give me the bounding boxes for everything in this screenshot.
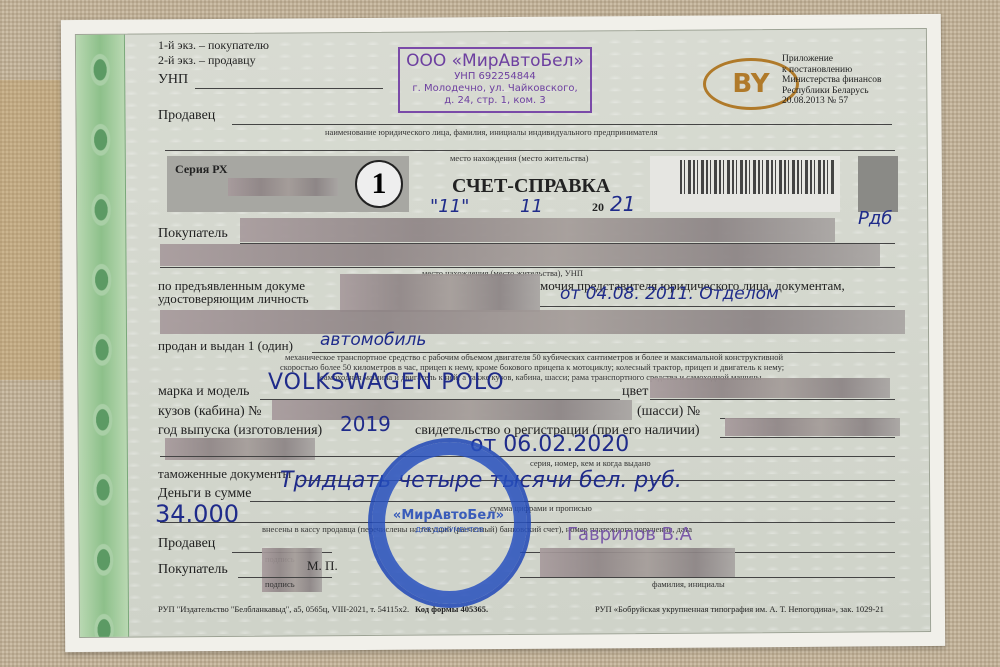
copy-number-badge: 1 — [355, 160, 403, 208]
background-fabric — [0, 80, 60, 380]
redacted-docs — [340, 274, 540, 312]
reg-cert-field[interactable] — [720, 437, 895, 438]
location-caption: место нахождения (место жительства) — [450, 153, 588, 163]
customs-label: таможенные документы — [158, 466, 291, 482]
chassis-label: (шасси) № — [637, 404, 700, 420]
round-company-seal: «МирАвтоБел» ДЛЯ ДОКУМЕНТОВ — [368, 438, 531, 608]
redacted-body-number — [272, 400, 632, 420]
amount-field[interactable] — [250, 501, 895, 502]
body-number-label: кузов (кабина) № — [158, 404, 261, 420]
seal-sub: ДЛЯ ДОКУМЕНТОВ — [392, 526, 507, 534]
location-field[interactable] — [165, 150, 895, 151]
redacted-color — [650, 378, 890, 398]
reg-details-field[interactable] — [160, 456, 895, 457]
seal-company-name: «МирАвтоБел» — [386, 508, 511, 523]
document-title: СЧЕТ-СПРАВКА — [452, 175, 610, 198]
footer-printer: РУП «Бобруйская укрупненная типография и… — [595, 604, 884, 614]
buyer-note: Рдб — [858, 208, 892, 229]
copy-note-first: 1-й экз. – покупателю — [158, 38, 269, 53]
type-caption-1: механическое транспортное средство с раб… — [285, 352, 783, 362]
date-day: "11" — [430, 196, 469, 217]
redacted-buyer-name — [240, 218, 835, 242]
annex-line: 20.08.2013 № 57 — [782, 96, 881, 107]
buyer-sign-label: Покупатель — [158, 562, 228, 578]
annex-note: Приложение к постановлению Министерства … — [782, 54, 881, 107]
buyer-name-field[interactable] — [520, 577, 895, 578]
redacted-buyer-surname — [540, 548, 735, 578]
security-mark — [858, 156, 898, 212]
redacted-series-number — [228, 178, 338, 196]
copy-note-second: 2-й экз. – продавцу — [158, 53, 256, 68]
barcode — [680, 160, 834, 194]
identity-field[interactable] — [540, 306, 895, 307]
stamp-address-1: г. Молодечно, ул. Чайковского, — [400, 83, 590, 95]
sold-value: автомобиль — [320, 330, 426, 350]
seller-sign-label: Продавец — [158, 536, 215, 552]
annex-line: Министерства финансов — [782, 75, 881, 86]
buyer-label: Покупатель — [158, 226, 228, 242]
unp-label: УНП — [158, 72, 188, 88]
stamp-company-name: ООО «МирАвтоБел» — [400, 51, 590, 71]
annex-line: к постановлению — [782, 65, 881, 76]
buyer-signature-field[interactable] — [238, 577, 332, 578]
date-year-suffix: 21 — [610, 192, 635, 216]
amount-digits: 34.000 — [155, 500, 239, 528]
ornamental-border — [76, 35, 129, 637]
seller-rect-stamp: ООО «МирАвтоБел» УНП 692254844 г. Молоде… — [398, 47, 592, 113]
stamp-address-2: д. 24, стр. 1, ком. 3 — [400, 95, 590, 107]
year-label: год выпуска (изготовления) — [158, 423, 322, 439]
seller-name-stamp: Гаврилов В.А — [567, 524, 692, 545]
stamp-unp: УНП 692254844 — [400, 71, 590, 83]
annex-line: Приложение — [782, 54, 881, 65]
footer-form-code: Код формы 405365. — [415, 604, 488, 614]
make-model-value: VOLKSWAGEN POLO — [268, 370, 505, 395]
name-caption: фамилия, инициалы — [652, 579, 725, 589]
date-month: 11 — [520, 196, 543, 217]
redacted-reg-cert — [725, 418, 900, 436]
make-model-label: марка и модель — [158, 384, 249, 400]
seal-mark: М. П. — [307, 558, 338, 574]
date-year-prefix: 20 — [592, 200, 604, 215]
unp-field[interactable] — [195, 88, 383, 89]
color-field[interactable] — [650, 399, 895, 400]
seller-caption: наименование юридического лица, фамилия,… — [325, 127, 657, 137]
seller-label: Продавец — [158, 108, 215, 124]
footer-publisher: РУП "Издательство "Белбланкавыд", а5, 05… — [158, 604, 409, 614]
redacted-identity — [160, 310, 905, 334]
identity-label: удостоверяющим личность — [158, 291, 309, 307]
identity-handwritten: от 04.08. 2011. Отделом — [560, 284, 779, 304]
series-label: Серия РХ — [175, 162, 228, 177]
redacted-buyer-address — [160, 244, 880, 266]
buyer-sign-caption: подпись — [265, 579, 295, 589]
color-label: цвет — [622, 384, 648, 400]
reg-caption: серия, номер, кем и когда выдано — [530, 458, 651, 468]
seller-field[interactable] — [232, 124, 892, 125]
sold-label: продан и выдан 1 (один) — [158, 338, 293, 354]
annex-line: Республики Беларусь — [782, 86, 881, 97]
year-value: 2019 — [340, 412, 391, 436]
